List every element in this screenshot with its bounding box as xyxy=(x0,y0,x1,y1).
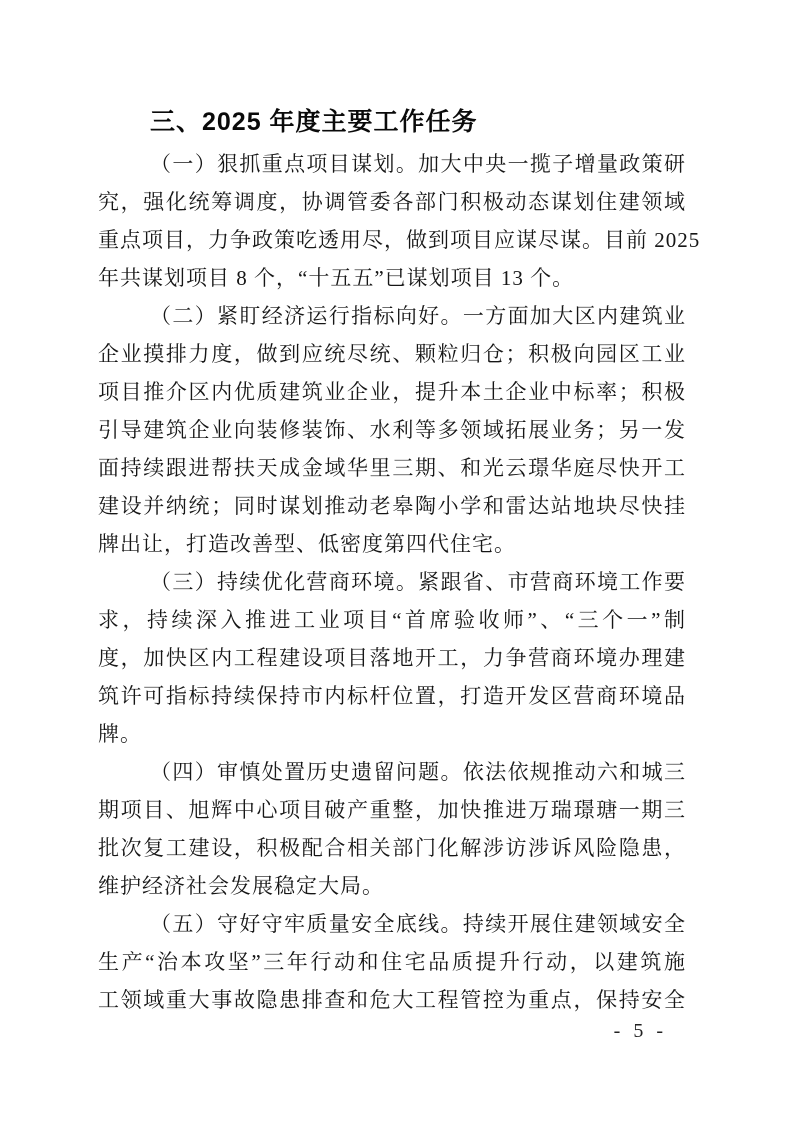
body-line: （二）紧盯经济运行指标向好。一方面加大区内建筑业 xyxy=(98,297,686,335)
document-page: 三、2025 年度主要工作任务 （一）狠抓重点项目谋划。加大中央一揽子增量政策研… xyxy=(0,0,793,1122)
body-line: 维护经济社会发展稳定大局。 xyxy=(98,867,686,905)
body-line: 生产“治本攻坚”三年行动和住宅品质提升行动，以建筑施 xyxy=(98,943,686,981)
body-line: （三）持续优化营商环境。紧跟省、市营商环境工作要 xyxy=(98,563,686,601)
body-line: 期项目、旭辉中心项目破产重整，加快推进万瑞璟瑭一期三 xyxy=(98,791,686,829)
body-line: 牌。 xyxy=(98,715,686,753)
body-line: （一）狠抓重点项目谋划。加大中央一揽子增量政策研 xyxy=(98,145,686,183)
body-text: （一）狠抓重点项目谋划。加大中央一揽子增量政策研 究，强化统筹调度，协调管委各部… xyxy=(98,145,686,1019)
page-number: - 5 - xyxy=(614,1016,667,1046)
body-line: （五）守好守牢质量安全底线。持续开展住建领域安全 xyxy=(98,905,686,943)
body-line: 筑许可指标持续保持市内标杆位置，打造开发区营商环境品 xyxy=(98,677,686,715)
document-content: 三、2025 年度主要工作任务 （一）狠抓重点项目谋划。加大中央一揽子增量政策研… xyxy=(98,101,686,1019)
section-heading: 三、2025 年度主要工作任务 xyxy=(98,101,686,143)
body-line: 重点项目，力争政策吃透用尽，做到项目应谋尽谋。目前 2025 xyxy=(98,221,686,259)
body-line: 工领域重大事故隐患排查和危大工程管控为重点，保持安全 xyxy=(98,981,686,1019)
body-line: 年共谋划项目 8 个，“十五五”已谋划项目 13 个。 xyxy=(98,259,686,297)
body-line: （四）审慎处置历史遗留问题。依法依规推动六和城三 xyxy=(98,753,686,791)
body-line: 度，加快区内工程建设项目落地开工，力争营商环境办理建 xyxy=(98,639,686,677)
body-line: 项目推介区内优质建筑业企业，提升本土企业中标率；积极 xyxy=(98,373,686,411)
body-line: 批次复工建设，积极配合相关部门化解涉访涉诉风险隐患， xyxy=(98,829,686,867)
body-line: 引导建筑企业向装修装饰、水利等多领域拓展业务；另一发 xyxy=(98,411,686,449)
body-line: 面持续跟进帮扶天成金域华里三期、和光云璟华庭尽快开工 xyxy=(98,449,686,487)
body-line: 企业摸排力度，做到应统尽统、颗粒归仓；积极向园区工业 xyxy=(98,335,686,373)
body-line: 牌出让，打造改善型、低密度第四代住宅。 xyxy=(98,525,686,563)
body-line: 究，强化统筹调度，协调管委各部门积极动态谋划住建领域 xyxy=(98,183,686,221)
body-line: 建设并纳统；同时谋划推动老皋陶小学和雷达站地块尽快挂 xyxy=(98,487,686,525)
body-line: 求，持续深入推进工业项目“首席验收师”、“三个一”制 xyxy=(98,601,686,639)
